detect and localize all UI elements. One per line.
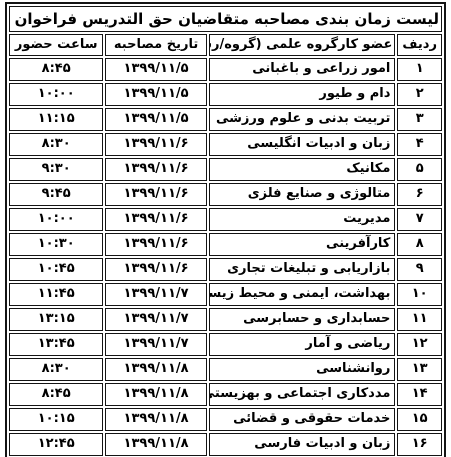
time-cell: ۱۳:۴۵ [9, 333, 103, 356]
row-number-cell: ۹ [397, 258, 442, 281]
group-cell: دام و طیور [209, 83, 396, 106]
row-number-cell: ۳ [397, 108, 442, 131]
column-header-time: ساعت حضور [9, 34, 103, 56]
group-cell: زبان و ادبیات فارسی [209, 433, 396, 456]
column-header-date: تاریخ مصاحبه [105, 34, 206, 56]
row-number-cell: ۱۵ [397, 408, 442, 431]
date-cell: ۱۳۹۹/۱۱/۶ [105, 208, 206, 231]
table-row: ۳ تربیت بدنی و علوم ورزشی ۱۳۹۹/۱۱/۵ ۱۱:۱… [9, 108, 442, 131]
table-row: ۲ دام و طیور ۱۳۹۹/۱۱/۵ ۱۰:۰۰ [9, 83, 442, 106]
date-cell: ۱۳۹۹/۱۱/۷ [105, 308, 206, 331]
time-cell: ۸:۴۵ [9, 383, 103, 406]
time-cell: ۱۰:۴۵ [9, 258, 103, 281]
time-cell: ۱۰:۰۰ [9, 83, 103, 106]
row-number-cell: ۱۶ [397, 433, 442, 456]
time-cell: ۸:۳۰ [9, 133, 103, 156]
interview-schedule-table: لیست زمان بندی مصاحبه متقاضیان حق التدری… [5, 2, 446, 457]
group-cell: ریاضی و آمار [209, 333, 396, 356]
date-cell: ۱۳۹۹/۱۱/۶ [105, 233, 206, 256]
table-row: ۴ زبان و ادبیات انگلیسی ۱۳۹۹/۱۱/۶ ۸:۳۰ [9, 133, 442, 156]
time-cell: ۱۰:۳۰ [9, 233, 103, 256]
table-row: ۵ مکانیک ۱۳۹۹/۱۱/۶ ۹:۳۰ [9, 158, 442, 181]
time-cell: ۱۳:۱۵ [9, 308, 103, 331]
time-cell: ۹:۳۰ [9, 158, 103, 181]
document-title: لیست زمان بندی مصاحبه متقاضیان حق التدری… [9, 6, 442, 32]
title-row: لیست زمان بندی مصاحبه متقاضیان حق التدری… [9, 6, 442, 32]
schedule-document: لیست زمان بندی مصاحبه متقاضیان حق التدری… [0, 0, 451, 457]
group-cell: بازاریابی و تبلیغات تجاری [209, 258, 396, 281]
row-number-cell: ۱۳ [397, 358, 442, 381]
date-cell: ۱۳۹۹/۱۱/۸ [105, 433, 206, 456]
row-number-cell: ۷ [397, 208, 442, 231]
date-cell: ۱۳۹۹/۱۱/۶ [105, 183, 206, 206]
group-cell: امور زراعی و باغبانی [209, 58, 396, 81]
row-number-cell: ۸ [397, 233, 442, 256]
date-cell: ۱۳۹۹/۱۱/۸ [105, 358, 206, 381]
row-number-cell: ۱ [397, 58, 442, 81]
column-header-group: عضو کارگروه علمی (گروه/رشته) [209, 34, 396, 56]
time-cell: ۱۱:۱۵ [9, 108, 103, 131]
table-row: ۸ کارآفرینی ۱۳۹۹/۱۱/۶ ۱۰:۳۰ [9, 233, 442, 256]
row-number-cell: ۴ [397, 133, 442, 156]
date-cell: ۱۳۹۹/۱۱/۶ [105, 133, 206, 156]
group-cell: مددکاری اجتماعی و بهزیستی [209, 383, 396, 406]
row-number-cell: ۲ [397, 83, 442, 106]
table-row: ۷ مدیریت ۱۳۹۹/۱۱/۶ ۱۰:۰۰ [9, 208, 442, 231]
date-cell: ۱۳۹۹/۱۱/۷ [105, 333, 206, 356]
table-row: ۱۰ بهداشت، ایمنی و محیط زیست ۱۳۹۹/۱۱/۷ ۱… [9, 283, 442, 306]
table-row: ۹ بازاریابی و تبلیغات تجاری ۱۳۹۹/۱۱/۶ ۱۰… [9, 258, 442, 281]
group-cell: کارآفرینی [209, 233, 396, 256]
column-header-row-number: ردیف [397, 34, 442, 56]
row-number-cell: ۱۲ [397, 333, 442, 356]
date-cell: ۱۳۹۹/۱۱/۵ [105, 83, 206, 106]
group-cell: مدیریت [209, 208, 396, 231]
table-row: ۱ امور زراعی و باغبانی ۱۳۹۹/۱۱/۵ ۸:۴۵ [9, 58, 442, 81]
time-cell: ۹:۴۵ [9, 183, 103, 206]
table-row: ۱۶ زبان و ادبیات فارسی ۱۳۹۹/۱۱/۸ ۱۲:۴۵ [9, 433, 442, 456]
table-row: ۶ متالوژی و صنایع فلزی ۱۳۹۹/۱۱/۶ ۹:۴۵ [9, 183, 442, 206]
row-number-cell: ۱۴ [397, 383, 442, 406]
date-cell: ۱۳۹۹/۱۱/۸ [105, 408, 206, 431]
table-row: ۱۲ ریاضی و آمار ۱۳۹۹/۱۱/۷ ۱۳:۴۵ [9, 333, 442, 356]
table-header-row: ردیف عضو کارگروه علمی (گروه/رشته) تاریخ … [9, 34, 442, 56]
date-cell: ۱۳۹۹/۱۱/۶ [105, 158, 206, 181]
table-row: ۱۵ خدمات حقوقی و قضائی ۱۳۹۹/۱۱/۸ ۱۰:۱۵ [9, 408, 442, 431]
group-cell: مکانیک [209, 158, 396, 181]
time-cell: ۱۰:۰۰ [9, 208, 103, 231]
table-row: ۱۳ روانشناسی ۱۳۹۹/۱۱/۸ ۸:۳۰ [9, 358, 442, 381]
time-cell: ۸:۳۰ [9, 358, 103, 381]
group-cell: متالوژی و صنایع فلزی [209, 183, 396, 206]
time-cell: ۱۱:۴۵ [9, 283, 103, 306]
group-cell: روانشناسی [209, 358, 396, 381]
date-cell: ۱۳۹۹/۱۱/۶ [105, 258, 206, 281]
date-cell: ۱۳۹۹/۱۱/۸ [105, 383, 206, 406]
group-cell: زبان و ادبیات انگلیسی [209, 133, 396, 156]
date-cell: ۱۳۹۹/۱۱/۷ [105, 283, 206, 306]
row-number-cell: ۵ [397, 158, 442, 181]
group-cell: تربیت بدنی و علوم ورزشی [209, 108, 396, 131]
time-cell: ۱۰:۱۵ [9, 408, 103, 431]
row-number-cell: ۱۱ [397, 308, 442, 331]
date-cell: ۱۳۹۹/۱۱/۵ [105, 108, 206, 131]
group-cell: حسابداری و حسابرسی [209, 308, 396, 331]
table-row: ۱۱ حسابداری و حسابرسی ۱۳۹۹/۱۱/۷ ۱۳:۱۵ [9, 308, 442, 331]
date-cell: ۱۳۹۹/۱۱/۵ [105, 58, 206, 81]
time-cell: ۱۲:۴۵ [9, 433, 103, 456]
row-number-cell: ۱۰ [397, 283, 442, 306]
time-cell: ۸:۴۵ [9, 58, 103, 81]
group-cell: خدمات حقوقی و قضائی [209, 408, 396, 431]
table-row: ۱۴ مددکاری اجتماعی و بهزیستی ۱۳۹۹/۱۱/۸ ۸… [9, 383, 442, 406]
group-cell: بهداشت، ایمنی و محیط زیست [209, 283, 396, 306]
row-number-cell: ۶ [397, 183, 442, 206]
